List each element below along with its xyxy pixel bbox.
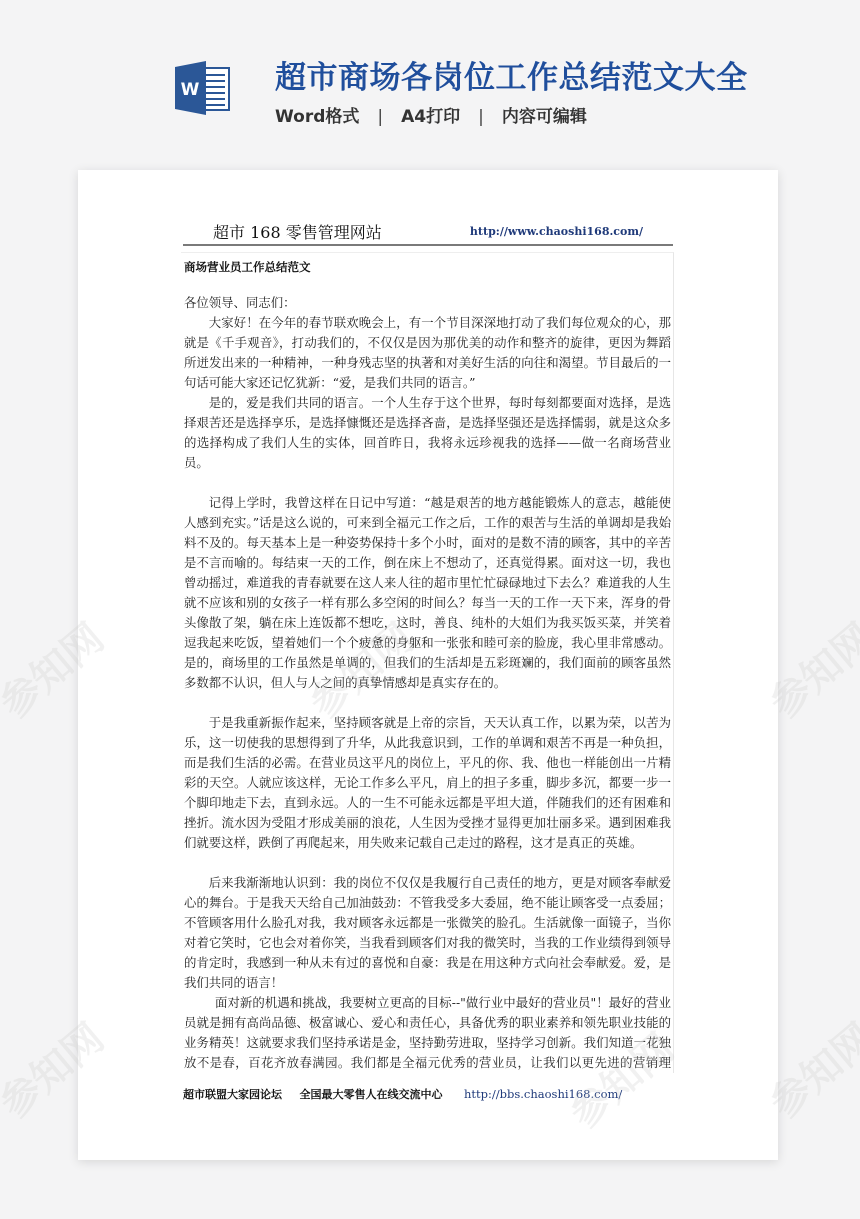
document-footer: 超市联盟大家园论坛 全国最大零售人在线交流中心 http://bbs.chaos… — [183, 1086, 622, 1102]
site-name: 超市 168 零售管理网站 — [213, 220, 382, 243]
spacer — [181, 693, 673, 713]
paragraph: 面对新的机遇和挑战，我要树立更高的目标--"做行业中最好的营业员"！最好的营业员… — [181, 993, 673, 1073]
document-header: 超市 168 零售管理网站 http://www.chaoshi168.com/ — [183, 218, 673, 246]
word-doc-icon: W — [173, 60, 231, 116]
document-page: 超市 168 零售管理网站 http://www.chaoshi168.com/… — [78, 170, 778, 1160]
banner-features: Word格式|A4打印|内容可编辑 — [275, 102, 587, 127]
paragraph: 后来我渐渐地认识到：我的岗位不仅仅是我履行自己责任的地方，更是对顾客奉献爱心的舞… — [181, 873, 673, 993]
document-body: 商场营业员工作总结范文 各位领导、同志们： 大家好！在今年的春节联欢晚会上，有一… — [181, 252, 674, 1073]
separator: | — [377, 107, 383, 127]
paragraph: 是的，爱是我们共同的语言。一个人生存于这个世界，每时每刻都要面对选择，是选择艰苦… — [181, 393, 673, 473]
footer-forum: 超市联盟大家园论坛 — [183, 1088, 282, 1101]
feature-a4-print: A4打印 — [401, 107, 460, 127]
spacer — [181, 853, 673, 873]
footer-slogan: 全国最大零售人在线交流中心 — [300, 1088, 443, 1101]
paragraph: 记得上学时，我曾这样在日记中写道：“越是艰苦的地方越能锻炼人的意志，越能使人感到… — [181, 493, 673, 693]
spacer — [181, 473, 673, 493]
document-title: 商场营业员工作总结范文 — [184, 257, 673, 277]
footer-url[interactable]: http://bbs.chaoshi168.com/ — [464, 1087, 622, 1101]
banner: W 超市商场各岗位工作总结范文大全 Word格式|A4打印|内容可编辑 — [0, 0, 860, 150]
paragraph: 于是我重新振作起来，坚持顾客就是上帝的宗旨，天天认真工作，以累为荣，以苦为乐，这… — [181, 713, 673, 853]
separator: | — [478, 107, 484, 127]
banner-title: 超市商场各岗位工作总结范文大全 — [275, 52, 748, 97]
paragraph: 大家好！在今年的春节联欢晚会上，有一个节目深深地打动了我们每位观众的心，那就是《… — [181, 313, 673, 393]
svg-text:W: W — [181, 80, 200, 100]
greeting: 各位领导、同志们： — [181, 293, 673, 313]
feature-word-format: Word格式 — [275, 107, 359, 127]
feature-editable: 内容可编辑 — [502, 107, 587, 127]
site-url[interactable]: http://www.chaoshi168.com/ — [470, 225, 643, 238]
